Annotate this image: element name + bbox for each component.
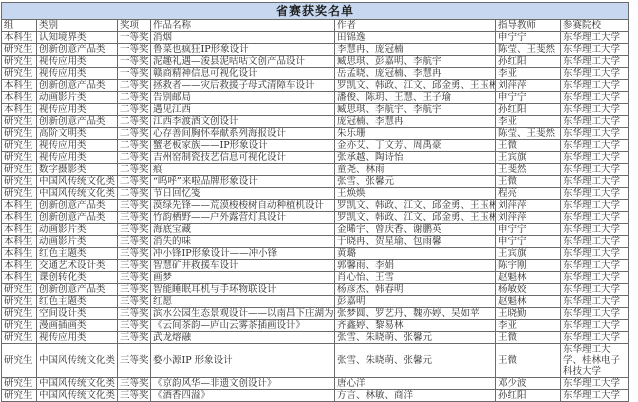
cell-authors: 杨彦杰、韩春明: [335, 284, 496, 296]
cell-group: 本科生: [2, 92, 37, 104]
cell-award: 三等奖: [118, 236, 151, 248]
cell-work-name: 智能睡眠耳机与手环物联设计: [151, 284, 335, 296]
cell-school: 东华理工大学: [561, 176, 629, 188]
cell-advisor: 王微: [496, 344, 561, 376]
table-row: 本科生动画影片类三等奖消失的味于晓冉、贺星瑜、包雨馨申宁宁东华理工大学: [2, 236, 629, 248]
table-row: 研究生视传应用类三等奖武龙熔融张雪、朱晓萌、张馨元王微东华理工大学: [2, 332, 629, 344]
cell-award: 三等奖: [118, 344, 151, 376]
cell-category: 认知境界类: [37, 32, 118, 44]
cell-award: 二等奖: [118, 128, 151, 140]
cell-award: 三等奖: [118, 212, 151, 224]
cell-award: 二等奖: [118, 164, 151, 176]
cell-advisor: 杨敏姣: [496, 284, 561, 296]
table-row: 研究生高阶文明类二等奖心存善间胸怀奉献系列海报设计朱乐珊陈莹、王斐然东华理工大学: [2, 128, 629, 140]
sheet-title: 省赛获奖名单: [2, 3, 629, 20]
cell-school: 东华理工大学: [561, 284, 629, 296]
cell-group: 研究生: [2, 188, 37, 200]
cell-category: 红色主题类: [37, 296, 118, 308]
cell-authors: 臧思琪、彭嘉明、李航宇: [335, 56, 496, 68]
cell-school: 东华理工大学: [561, 44, 629, 56]
cell-work-name: 鲁菜也疯狂IP形象设计: [151, 44, 335, 56]
cell-work-name: 竹韵栖野——户外露营灯具设计: [151, 212, 335, 224]
cell-category: 视传应用类: [37, 56, 118, 68]
cell-category: 创新创意产品类: [37, 200, 118, 212]
cell-advisor: 陈宇刚: [496, 260, 561, 272]
table-row: 本科生视传应用类二等奖遇见江西臧思琪、李航宇、李航宇孙红阳东华理工大学: [2, 104, 629, 116]
cell-work-name: 红愿: [151, 296, 335, 308]
title-row: 省赛获奖名单: [2, 3, 629, 20]
cell-advisor: 李亚: [496, 116, 561, 128]
cell-group: 研究生: [2, 164, 37, 176]
cell-category: 中国风传统文化类: [37, 176, 118, 188]
cell-work-name: 消失的味: [151, 236, 335, 248]
cell-school: 东华理工大学、桂林电子科技大学: [561, 344, 629, 376]
cell-group: 本科生: [2, 104, 37, 116]
cell-group: 本科生: [2, 272, 37, 284]
header-advisor: 指导教师: [496, 20, 561, 32]
cell-school: 东华理工大学: [561, 188, 629, 200]
table-row: 研究生视传应用类二等奖蟹老板家族——IP形象设计金亦艾、丁文芳、周禹豪王微东华理…: [2, 140, 629, 152]
cell-authors: 王焕焕: [335, 188, 496, 200]
cell-award: 三等奖: [118, 248, 151, 260]
cell-work-name: 蟹老板家族——IP形象设计: [151, 140, 335, 152]
cell-award: 三等奖: [118, 272, 151, 284]
header-group: 组: [2, 20, 37, 32]
cell-category: 漫画插画类: [37, 320, 118, 332]
cell-category: 交通艺术设计类: [37, 260, 118, 272]
cell-group: 研究生: [2, 56, 37, 68]
cell-advisor: 刘萍萍: [496, 80, 561, 92]
cell-authors: 罗凯文、韩政、江文、邱金勇、王玉彬: [335, 212, 496, 224]
table-row: 研究生视传应用类二等奖吉州窑制瓷技艺信息可视化设计张承越、陶诗怡王宾旗东华理工大…: [2, 152, 629, 164]
cell-authors: 金亦艾、丁文芳、周禹豪: [335, 140, 496, 152]
table-row: 本科生交通艺术设计类三等奖智慧矿井救援车设计郭馨雨、李娟陈宇刚东华理工大学: [2, 260, 629, 272]
cell-category: 创新创意产品类: [37, 116, 118, 128]
cell-group: 研究生: [2, 128, 37, 140]
award-list-sheet: 省赛获奖名单 组 类别 奖项 作品名称 作者 指导教师 参赛院校 本科生认知境界…: [1, 2, 628, 375]
cell-award: 二等奖: [118, 80, 151, 92]
cell-advisor: 申宁宁: [496, 32, 561, 44]
table-row: 研究生创新创意产品类一等奖鲁菜也疯狂IP形象设计李慧冉、庞冠楠陈莹、王斐然东华理…: [2, 44, 629, 56]
cell-school: 东华理工大学: [561, 224, 629, 236]
cell-authors: 郭馨雨、李娟: [335, 260, 496, 272]
cell-award: 三等奖: [118, 284, 151, 296]
cell-advisor: 刘萍萍: [496, 200, 561, 212]
cell-advisor: 王晓勤: [496, 308, 561, 320]
cell-work-name: 痕: [151, 164, 335, 176]
cell-work-name: 智慧矿井救援车设计: [151, 260, 335, 272]
cell-work-name: 冲小锋IP形象设计——冲小锋: [151, 248, 335, 260]
cell-school: 东华理工大学: [561, 116, 629, 128]
cell-school: 东华理工大学: [561, 128, 629, 140]
cell-group: 本科生: [2, 224, 37, 236]
cell-advisor: 陈莹、王斐然: [496, 128, 561, 140]
cell-category: 视传应用类: [37, 140, 118, 152]
cell-group: 本科生: [2, 236, 37, 248]
cell-category: 红色主题类: [37, 248, 118, 260]
cell-advisor: 申宁宁: [496, 92, 561, 104]
table-row: 本科生创新创意产品类三等奖竹韵栖野——户外露营灯具设计罗凯文、韩政、江文、邱金勇…: [2, 212, 629, 224]
cell-school: 东华理工大学: [561, 92, 629, 104]
cell-group: 研究生: [2, 68, 37, 80]
cell-authors: 田锦逸: [335, 32, 496, 44]
cell-work-name: 拯救者——灾后救援子母式清障车设计: [151, 80, 335, 92]
cell-category: 创新创意产品类: [37, 212, 118, 224]
cell-school: 东华理工大学: [561, 140, 629, 152]
cell-group: 本科生: [2, 200, 37, 212]
cell-authors: 张雪、朱晓萌、张馨元: [335, 332, 496, 344]
cell-work-name: 海底宝藏: [151, 224, 335, 236]
cell-work-name: 赣商精神信息可视化设计: [151, 68, 335, 80]
table-row: 本科生认知境界类一等奖消烟田锦逸申宁宁东华理工大学: [2, 32, 629, 44]
cell-authors: 罗凯文、韩政、江文、邱金勇、王玉彬: [335, 80, 496, 92]
table-row: 本科生课创转化类三等奖画梦肖心怡、王雪赵魁林东华理工大学: [2, 272, 629, 284]
cell-work-name: 节日回忆笺: [151, 188, 335, 200]
cell-advisor: 王微: [496, 140, 561, 152]
cell-authors: 肖心怡、王雪: [335, 272, 496, 284]
cell-advisor: 申宁宁: [496, 224, 561, 236]
cell-group: 研究生: [2, 44, 37, 56]
cell-authors: 张梦圆、罗艺丹、魏亦婷、吴如苹: [335, 308, 496, 320]
cell-school: 东华理工大学: [561, 80, 629, 92]
table-row: 本科生创新创意产品类二等奖拯救者——灾后救援子母式清障车设计罗凯文、韩政、江文、…: [2, 80, 629, 92]
cell-advisor: 赵魁林: [496, 296, 561, 308]
cell-school: 东华理工大学: [561, 164, 629, 176]
cell-award: 二等奖: [118, 176, 151, 188]
cell-school: 东华理工大学: [561, 104, 629, 116]
table-row: 研究生中国风传统文化类二等奖节日回忆笺王焕焕程亮东华理工大学: [2, 188, 629, 200]
cell-category: 视传应用类: [37, 68, 118, 80]
cell-award: 一等奖: [118, 68, 151, 80]
cell-authors: 庞冠楠、李慧冉: [335, 116, 496, 128]
table-row: 研究生创新创意产品类二等奖江西李渡酒文创设计庞冠楠、李慧冉李亚东华理工大学: [2, 116, 629, 128]
cell-advisor: 陈莹、王斐然: [496, 44, 561, 56]
cell-work-name: 告别邮局: [151, 92, 335, 104]
cell-award: 二等奖: [118, 104, 151, 116]
cell-work-name: 江西李渡酒文创设计: [151, 116, 335, 128]
cell-category: 创新创意产品类: [37, 80, 118, 92]
cell-school: 东华理工大学: [561, 248, 629, 260]
cell-authors: 张雪、朱晓萌、张馨元: [335, 344, 496, 376]
cell-award: 一等奖: [118, 32, 151, 44]
cell-school: 东华理工大学: [561, 308, 629, 320]
cell-authors: 童尧、林雨: [335, 164, 496, 176]
cell-school: 东华理工大学: [561, 332, 629, 344]
cell-category: 视传应用类: [37, 152, 118, 164]
cell-school: 东华理工大学: [561, 260, 629, 272]
table-row: 研究生中国风传统文化类二等奖“呜呼”来啦品牌形象设计张雪、张馨元王微东华理工大学: [2, 176, 629, 188]
cell-award: 三等奖: [118, 296, 151, 308]
cell-group: 研究生: [2, 296, 37, 308]
cell-work-name: 心存善间胸怀奉献系列海报设计: [151, 128, 335, 140]
cell-advisor: 王宾旗: [496, 152, 561, 164]
cell-award: 一等奖: [118, 56, 151, 68]
header-award: 奖项: [118, 20, 151, 32]
cell-category: 课创转化类: [37, 272, 118, 284]
cell-work-name: 婺小源IP 形象设计: [151, 344, 335, 376]
cell-authors: 彭嘉明: [335, 296, 496, 308]
cell-school: 东华理工大学: [561, 236, 629, 248]
table-row: 研究生中国风传统文化类三等奖婺小源IP 形象设计张雪、朱晓萌、张馨元王微东华理工…: [2, 344, 629, 376]
cell-award: 一等奖: [118, 44, 151, 56]
cell-school: 东华理工大学: [561, 68, 629, 80]
cell-work-name: 画梦: [151, 272, 335, 284]
award-table: 省赛获奖名单 组 类别 奖项 作品名称 作者 指导教师 参赛院校 本科生认知境界…: [1, 2, 629, 375]
cell-award: 二等奖: [118, 152, 151, 164]
cell-group: 研究生: [2, 140, 37, 152]
cell-advisor: 程亮: [496, 188, 561, 200]
cell-category: 动画影片类: [37, 236, 118, 248]
cell-authors: 于晓冉、贺星瑜、包雨馨: [335, 236, 496, 248]
cell-category: 动画影片类: [37, 92, 118, 104]
cell-category: 中国风传统文化类: [37, 188, 118, 200]
cell-work-name: 遇见江西: [151, 104, 335, 116]
cell-advisor: 申宁宁: [496, 236, 561, 248]
cell-category: 高阶文明类: [37, 128, 118, 140]
cell-advisor: 李亚: [496, 320, 561, 332]
cell-group: 研究生: [2, 284, 37, 296]
cell-advisor: 赵魁林: [496, 272, 561, 284]
cell-group: 研究生: [2, 176, 37, 188]
cell-category: 视传应用类: [37, 104, 118, 116]
cell-group: 研究生: [2, 344, 37, 376]
table-row: 研究生视传应用类一等奖赣商精神信息可视化设计岳孟晓、庞冠楠、李慧冉李亚东华理工大…: [2, 68, 629, 80]
cell-award: 三等奖: [118, 308, 151, 320]
cell-authors: 臧思琪、李航宇、李航宇: [335, 104, 496, 116]
table-row: 本科生创新创意产品类三等奖漠绿先锋——荒漠梭梭树自动种植机设计罗凯文、韩政、江文…: [2, 200, 629, 212]
table-row: 研究生漫画插画类三等奖《云间茶韵—庐山云雾茶插画设计》齐鑫婷、黎易林李亚东华理工…: [2, 320, 629, 332]
cell-award: 三等奖: [118, 260, 151, 272]
cell-group: 本科生: [2, 212, 37, 224]
cell-work-name: “呜呼”来啦品牌形象设计: [151, 176, 335, 188]
cell-category: 数字摄影类: [37, 164, 118, 176]
cell-authors: 齐鑫婷、黎易林: [335, 320, 496, 332]
table-row: 研究生空间设计类三等奖滨水公园生态景观设计——以南昌下庄湖为例张梦圆、罗艺丹、魏…: [2, 308, 629, 320]
cell-authors: 金晞宇、曾庆香、谢鹏英: [335, 224, 496, 236]
cell-category: 空间设计类: [37, 308, 118, 320]
cell-authors: 张承越、陶诗怡: [335, 152, 496, 164]
table-row: 研究生红色主题类三等奖红愿彭嘉明赵魁林东华理工大学: [2, 296, 629, 308]
cell-work-name: 滨水公园生态景观设计——以南昌下庄湖为例: [151, 308, 335, 320]
header-school: 参赛院校: [561, 20, 629, 32]
table-row: 本科生动画影片类二等奖告别邮局潘俊、陈玥、王慧、王子瑜申宁宁东华理工大学: [2, 92, 629, 104]
cell-advisor: 王宾旗: [496, 248, 561, 260]
cell-advisor: 李亚: [496, 68, 561, 80]
cell-advisor: 王斐然: [496, 164, 561, 176]
cell-authors: 李慧冉、庞冠楠: [335, 44, 496, 56]
cell-group: 研究生: [2, 308, 37, 320]
table-row: 本科生动画影片类三等奖海底宝藏金晞宇、曾庆香、谢鹏英申宁宁东华理工大学: [2, 224, 629, 236]
cell-category: 创新创意产品类: [37, 44, 118, 56]
cell-award: 二等奖: [118, 92, 151, 104]
cell-category: 动画影片类: [37, 224, 118, 236]
cell-category: 创新创意产品类: [37, 284, 118, 296]
cell-group: 研究生: [2, 152, 37, 164]
cell-award: 二等奖: [118, 116, 151, 128]
header-work-name: 作品名称: [151, 20, 335, 32]
cell-category: 中国风传统文化类: [37, 344, 118, 376]
header-category: 类别: [37, 20, 118, 32]
cell-advisor: 王微: [496, 332, 561, 344]
cell-award: 三等奖: [118, 200, 151, 212]
cell-award: 三等奖: [118, 320, 151, 332]
cell-work-name: 泥趣礼遇—浚县泥咕咕文创产品设计: [151, 56, 335, 68]
cell-school: 东华理工大学: [561, 152, 629, 164]
cell-group: 研究生: [2, 116, 37, 128]
header-row: 组 类别 奖项 作品名称 作者 指导教师 参赛院校: [2, 20, 629, 32]
cell-group: 本科生: [2, 248, 37, 260]
cell-award: 二等奖: [118, 188, 151, 200]
table-row: 研究生创新创意产品类三等奖智能睡眠耳机与手环物联设计杨彦杰、韩春明杨敏姣东华理工…: [2, 284, 629, 296]
cell-work-name: 漠绿先锋——荒漠梭梭树自动种植机设计: [151, 200, 335, 212]
cell-group: 研究生: [2, 332, 37, 344]
table-row: 研究生视传应用类一等奖泥趣礼遇—浚县泥咕咕文创产品设计臧思琪、彭嘉明、李航宇孙红…: [2, 56, 629, 68]
cell-school: 东华理工大学: [561, 320, 629, 332]
cell-advisor: 孙红阳: [496, 56, 561, 68]
cell-work-name: 武龙熔融: [151, 332, 335, 344]
cell-work-name: 吉州窑制瓷技艺信息可视化设计: [151, 152, 335, 164]
cell-school: 东华理工大学: [561, 296, 629, 308]
cell-award: 三等奖: [118, 332, 151, 344]
cell-authors: 潘俊、陈玥、王慧、王子瑜: [335, 92, 496, 104]
cell-category: 视传应用类: [37, 332, 118, 344]
cell-authors: 朱乐珊: [335, 128, 496, 140]
cell-authors: 岳孟晓、庞冠楠、李慧冉: [335, 68, 496, 80]
cell-award: 二等奖: [118, 140, 151, 152]
cell-advisor: 王微: [496, 176, 561, 188]
cell-school: 东华理工大学: [561, 272, 629, 284]
cell-work-name: 《云间茶韵—庐山云雾茶插画设计》: [151, 320, 335, 332]
table-row: 研究生数字摄影类二等奖痕童尧、林雨王斐然东华理工大学: [2, 164, 629, 176]
cell-work-name: 消烟: [151, 32, 335, 44]
table-row: 本科生红色主题类三等奖冲小锋IP形象设计——冲小锋黄璐王宾旗东华理工大学: [2, 248, 629, 260]
cell-advisor: 刘萍萍: [496, 212, 561, 224]
cell-school: 东华理工大学: [561, 200, 629, 212]
cell-school: 东华理工大学: [561, 56, 629, 68]
cell-advisor: 孙红阳: [496, 104, 561, 116]
cell-authors: 张雪、张馨元: [335, 176, 496, 188]
cell-award: 三等奖: [118, 224, 151, 236]
cell-group: 本科生: [2, 80, 37, 92]
cell-school: 东华理工大学: [561, 212, 629, 224]
cell-authors: 罗凯文、韩政、江文、邱金勇、王玉彬: [335, 200, 496, 212]
cell-authors: 黄璐: [335, 248, 496, 260]
header-authors: 作者: [335, 20, 496, 32]
cell-group: 本科生: [2, 32, 37, 44]
cell-group: 本科生: [2, 260, 37, 272]
cell-school: 东华理工大学: [561, 32, 629, 44]
cell-group: 研究生: [2, 320, 37, 332]
